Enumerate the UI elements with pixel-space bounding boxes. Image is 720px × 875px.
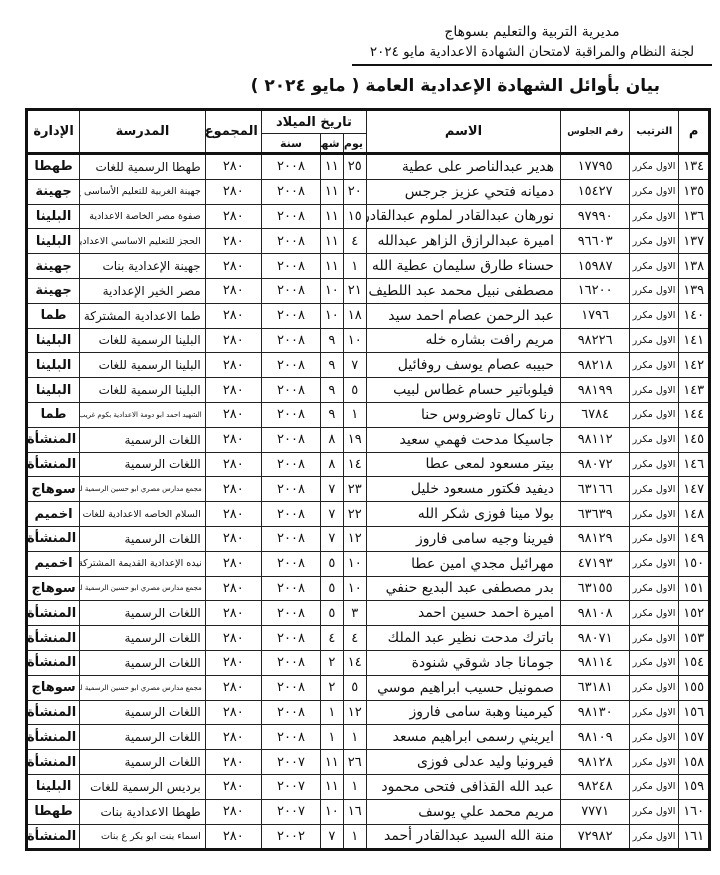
cell-m: ١٥٤ bbox=[679, 650, 710, 675]
cell-year: ٢٠٠٨ bbox=[261, 179, 320, 204]
cell-admin: طما bbox=[27, 303, 80, 328]
cell-total: ٢٨٠ bbox=[205, 452, 261, 477]
cell-name: عبد الله القذافى فتحى محمود bbox=[367, 774, 561, 799]
cell-admin: سوهاج bbox=[27, 675, 80, 700]
cell-name: جاسيكا مدحت فهمي سعيد bbox=[367, 427, 561, 452]
cell-m: ١٤٢ bbox=[679, 353, 710, 378]
cell-total: ٢٨٠ bbox=[205, 601, 261, 626]
cell-rank: الاول مكرر bbox=[630, 601, 679, 626]
cell-name: حسناء طارق سليمان عطية الله bbox=[367, 254, 561, 279]
cell-name: نورهان عبدالقادر لملوم عبدالقادر bbox=[367, 204, 561, 229]
cell-day: ٢٥ bbox=[343, 154, 366, 180]
cell-name: مصطفى نبيل محمد عبد اللطيف bbox=[367, 278, 561, 303]
cell-rank: الاول مكرر bbox=[630, 650, 679, 675]
table-row: ١٤٩الاول مكرر٩٨١٢٩فيرينا وجيه سامى فاروز… bbox=[27, 526, 710, 551]
cell-total: ٢٨٠ bbox=[205, 328, 261, 353]
cell-day: ١٠ bbox=[343, 551, 366, 576]
cell-name: بيتر مسعود لمعى عطا bbox=[367, 452, 561, 477]
cell-rank: الاول مكرر bbox=[630, 626, 679, 651]
cell-admin: المنشأة bbox=[27, 427, 80, 452]
cell-rank: الاول مكرر bbox=[630, 774, 679, 799]
cell-month: ١٠ bbox=[321, 303, 343, 328]
cell-rank: الاول مكرر bbox=[630, 551, 679, 576]
table-row: ١٣٥الاول مكرر١٥٤٢٧دميانه فتحي عزيز جرجس٢… bbox=[27, 179, 710, 204]
cell-m: ١٤٩ bbox=[679, 526, 710, 551]
cell-rank: الاول مكرر bbox=[630, 725, 679, 750]
cell-name: حبيبه عصام يوسف روفائيل bbox=[367, 353, 561, 378]
cell-admin: المنشأة bbox=[27, 750, 80, 775]
cell-admin: المنشأة bbox=[27, 700, 80, 725]
cell-seat: ٩٨١١٤ bbox=[560, 650, 629, 675]
cell-m: ١٣٤ bbox=[679, 154, 710, 180]
cell-year: ٢٠٠٨ bbox=[261, 626, 320, 651]
cell-seat: ٩٨٢٢٦ bbox=[560, 328, 629, 353]
cell-total: ٢٨٠ bbox=[205, 154, 261, 180]
cell-total: ٢٨٠ bbox=[205, 824, 261, 850]
cell-name: اميرة احمد حسين احمد bbox=[367, 601, 561, 626]
cell-year: ٢٠٠٨ bbox=[261, 154, 320, 180]
table-row: ١٣٩الاول مكرر١٦٢٠٠مصطفى نبيل محمد عبد ال… bbox=[27, 278, 710, 303]
cell-rank: الاول مكرر bbox=[630, 229, 679, 254]
cell-name: باترك مدحت نظير عبد الملك bbox=[367, 626, 561, 651]
cell-name: منة الله السيد عبدالقادر أحمد bbox=[367, 824, 561, 850]
cell-rank: الاول مكرر bbox=[630, 799, 679, 824]
cell-m: ١٤٣ bbox=[679, 378, 710, 403]
cell-year: ٢٠٠٨ bbox=[261, 278, 320, 303]
table-row: ١٤٧الاول مكرر٦٣١٦٦ديفيد فكتور مسعود خليل… bbox=[27, 477, 710, 502]
table-row: ١٥٤الاول مكرر٩٨١١٤جومانا جاد شوقي شنودة١… bbox=[27, 650, 710, 675]
table-row: ١٣٨الاول مكرر١٥٩٨٧حسناء طارق سليمان عطية… bbox=[27, 254, 710, 279]
cell-m: ١٥٠ bbox=[679, 551, 710, 576]
cell-admin: طما bbox=[27, 402, 80, 427]
cell-school: اللغات الرسمية bbox=[80, 650, 206, 675]
cell-day: ١ bbox=[343, 824, 366, 850]
cell-month: ٩ bbox=[321, 353, 343, 378]
col-header-birthdate: تاريخ الميلاد bbox=[261, 110, 366, 134]
cell-total: ٢٨٠ bbox=[205, 204, 261, 229]
cell-year: ٢٠٠٢ bbox=[261, 824, 320, 850]
cell-m: ١٤٨ bbox=[679, 502, 710, 527]
cell-admin: اخميم bbox=[27, 502, 80, 527]
cell-month: ٧ bbox=[321, 477, 343, 502]
cell-day: ٤ bbox=[343, 626, 366, 651]
cell-school: اللغات الرسمية bbox=[80, 601, 206, 626]
table-row: ١٣٦الاول مكرر٩٧٩٩٠نورهان عبدالقادر لملوم… bbox=[27, 204, 710, 229]
cell-m: ١٦٠ bbox=[679, 799, 710, 824]
cell-month: ٩ bbox=[321, 402, 343, 427]
cell-school: جهينة الغربية للتعليم الأساسى ع bbox=[80, 179, 206, 204]
cell-m: ١٣٨ bbox=[679, 254, 710, 279]
cell-total: ٢٨٠ bbox=[205, 700, 261, 725]
cell-school: طما الاعدادية المشتركة bbox=[80, 303, 206, 328]
cell-admin: سوهاج bbox=[27, 576, 80, 601]
col-header-admin: الإدارة bbox=[27, 110, 80, 154]
cell-m: ١٤٤ bbox=[679, 402, 710, 427]
cell-month: ١٠ bbox=[321, 278, 343, 303]
cell-month: ٧ bbox=[321, 526, 343, 551]
cell-m: ١٤٥ bbox=[679, 427, 710, 452]
cell-admin: جهينة bbox=[27, 254, 80, 279]
cell-admin: جهينة bbox=[27, 179, 80, 204]
cell-seat: ٩٨٢١٨ bbox=[560, 353, 629, 378]
cell-name: مهرائيل مجدي امين عطا bbox=[367, 551, 561, 576]
cell-total: ٢٨٠ bbox=[205, 477, 261, 502]
cell-name: مريم محمد علي يوسف bbox=[367, 799, 561, 824]
cell-year: ٢٠٠٨ bbox=[261, 675, 320, 700]
cell-name: صمونيل حسيب ابراهيم موسي bbox=[367, 675, 561, 700]
cell-year: ٢٠٠٨ bbox=[261, 229, 320, 254]
table-row: ١٥٩الاول مكرر٩٨٢٤٨عبد الله القذافى فتحى … bbox=[27, 774, 710, 799]
cell-day: ١٥ bbox=[343, 204, 366, 229]
cell-name: هدير عبدالناصر على عطية bbox=[367, 154, 561, 180]
cell-day: ٢٢ bbox=[343, 502, 366, 527]
cell-year: ٢٠٠٨ bbox=[261, 452, 320, 477]
cell-school: اللغات الرسمية bbox=[80, 700, 206, 725]
cell-day: ١٢ bbox=[343, 526, 366, 551]
cell-school: طهطا الاعدادية بنات bbox=[80, 799, 206, 824]
cell-admin: طهطا bbox=[27, 799, 80, 824]
table-row: ١٤٥الاول مكرر٩٨١١٢جاسيكا مدحت فهمي سعيد١… bbox=[27, 427, 710, 452]
cell-school: مجمع مدارس مصري ابو حسين الرسمية للغات bbox=[80, 675, 206, 700]
cell-total: ٢٨٠ bbox=[205, 353, 261, 378]
cell-month: ٩ bbox=[321, 328, 343, 353]
cell-admin: المنشأة bbox=[27, 650, 80, 675]
top-students-table: م الترتيب رقم الجلوس الاسم تاريخ الميلاد… bbox=[25, 108, 711, 851]
col-header-rank: الترتيب bbox=[630, 110, 679, 154]
cell-admin: البلينا bbox=[27, 229, 80, 254]
cell-day: ١ bbox=[343, 402, 366, 427]
cell-month: ٢ bbox=[321, 650, 343, 675]
table-row: ١٤٢الاول مكرر٩٨٢١٨حبيبه عصام يوسف روفائي… bbox=[27, 353, 710, 378]
cell-year: ٢٠٠٧ bbox=[261, 799, 320, 824]
table-row: ١٤١الاول مكرر٩٨٢٢٦مريم رافت بشاره خله١٠٩… bbox=[27, 328, 710, 353]
cell-m: ١٥٣ bbox=[679, 626, 710, 651]
cell-school: طهطا الرسمية للغات bbox=[80, 154, 206, 180]
cell-month: ٢ bbox=[321, 675, 343, 700]
cell-m: ١٤٦ bbox=[679, 452, 710, 477]
cell-seat: ٦٧٨٤ bbox=[560, 402, 629, 427]
cell-seat: ٩٨١٠٨ bbox=[560, 601, 629, 626]
table-row: ١٤٨الاول مكرر٦٣٦٣٩بولا مينا فوزى شكر الل… bbox=[27, 502, 710, 527]
table-row: ١٤٣الاول مكرر٩٨١٩٩فيلوباتير حسام غطاس لب… bbox=[27, 378, 710, 403]
cell-admin: المنشأة bbox=[27, 626, 80, 651]
cell-year: ٢٠٠٨ bbox=[261, 254, 320, 279]
cell-seat: ٦٣٦٣٩ bbox=[560, 502, 629, 527]
page-title: بيان بأوائل الشهادة الإعدادية العامة ( م… bbox=[251, 76, 660, 96]
cell-rank: الاول مكرر bbox=[630, 278, 679, 303]
cell-m: ١٣٩ bbox=[679, 278, 710, 303]
cell-school: اللغات الرسمية bbox=[80, 750, 206, 775]
cell-school: السلام الخاصه الاعدادية للغات bbox=[80, 502, 206, 527]
cell-rank: الاول مكرر bbox=[630, 526, 679, 551]
col-header-m: م bbox=[679, 110, 710, 154]
cell-rank: الاول مكرر bbox=[630, 204, 679, 229]
cell-month: ١٠ bbox=[321, 799, 343, 824]
cell-year: ٢٠٠٧ bbox=[261, 750, 320, 775]
cell-m: ١٣٥ bbox=[679, 179, 710, 204]
cell-seat: ٩٨١٢٩ bbox=[560, 526, 629, 551]
cell-seat: ٩٨٠٧١ bbox=[560, 626, 629, 651]
cell-month: ٥ bbox=[321, 576, 343, 601]
cell-year: ٢٠٠٨ bbox=[261, 402, 320, 427]
cell-month: ٥ bbox=[321, 601, 343, 626]
cell-rank: الاول مكرر bbox=[630, 427, 679, 452]
cell-rank: الاول مكرر bbox=[630, 402, 679, 427]
cell-m: ١٤٠ bbox=[679, 303, 710, 328]
cell-m: ١٣٦ bbox=[679, 204, 710, 229]
cell-rank: الاول مكرر bbox=[630, 576, 679, 601]
table-row: ١٣٤الاول مكرر١٧٧٩٥هدير عبدالناصر على عطي… bbox=[27, 154, 710, 180]
cell-name: فيرونيا وليد عدلى فوزى bbox=[367, 750, 561, 775]
cell-year: ٢٠٠٨ bbox=[261, 477, 320, 502]
cell-total: ٢٨٠ bbox=[205, 626, 261, 651]
table-row: ١٥٦الاول مكرر٩٨١٣٠كيرمينا وهبة سامى فارو… bbox=[27, 700, 710, 725]
cell-day: ٢٦ bbox=[343, 750, 366, 775]
cell-rank: الاول مكرر bbox=[630, 750, 679, 775]
cell-day: ١٠ bbox=[343, 576, 366, 601]
cell-admin: سوهاج bbox=[27, 477, 80, 502]
cell-rank: الاول مكرر bbox=[630, 179, 679, 204]
cell-seat: ٦٣١٥٥ bbox=[560, 576, 629, 601]
cell-seat: ٩٨١٠٩ bbox=[560, 725, 629, 750]
cell-day: ٥ bbox=[343, 675, 366, 700]
cell-school: اسماء بنت ابو بكر ع بنات bbox=[80, 824, 206, 850]
table-row: ١٣٧الاول مكرر٩٦٦٠٣اميرة عبدالرازق الزاهر… bbox=[27, 229, 710, 254]
cell-year: ٢٠٠٨ bbox=[261, 700, 320, 725]
cell-total: ٢٨٠ bbox=[205, 526, 261, 551]
cell-admin: البلينا bbox=[27, 353, 80, 378]
cell-m: ١٥٦ bbox=[679, 700, 710, 725]
cell-month: ١١ bbox=[321, 750, 343, 775]
cell-admin: البلينا bbox=[27, 328, 80, 353]
cell-total: ٢٨٠ bbox=[205, 675, 261, 700]
cell-year: ٢٠٠٨ bbox=[261, 650, 320, 675]
cell-total: ٢٨٠ bbox=[205, 725, 261, 750]
cell-month: ١١ bbox=[321, 774, 343, 799]
cell-school: الحجز للتعليم الاساسي الاعدادية bbox=[80, 229, 206, 254]
cell-total: ٢٨٠ bbox=[205, 278, 261, 303]
table-row: ١٥٨الاول مكرر٩٨١٢٨فيرونيا وليد عدلى فوزى… bbox=[27, 750, 710, 775]
cell-name: اميرة عبدالرازق الزاهر عبدالله bbox=[367, 229, 561, 254]
cell-school: الشهيد احمد ابو دومة الاعدادية بكوم غريب bbox=[80, 402, 206, 427]
cell-month: ٧ bbox=[321, 502, 343, 527]
col-header-month: شهر bbox=[321, 134, 343, 154]
col-header-seat: رقم الجلوس bbox=[560, 110, 629, 154]
cell-year: ٢٠٠٨ bbox=[261, 378, 320, 403]
cell-admin: البلينا bbox=[27, 774, 80, 799]
cell-total: ٢٨٠ bbox=[205, 378, 261, 403]
cell-month: ١ bbox=[321, 700, 343, 725]
table-row: ١٥٥الاول مكرر٦٣١٨١صمونيل حسيب ابراهيم مو… bbox=[27, 675, 710, 700]
cell-day: ١٦ bbox=[343, 799, 366, 824]
table-row: ١٥٠الاول مكرر٤٧١٩٣مهرائيل مجدي امين عطا١… bbox=[27, 551, 710, 576]
cell-rank: الاول مكرر bbox=[630, 154, 679, 180]
cell-name: بدر مصطفى عبد البديع حنفي bbox=[367, 576, 561, 601]
cell-month: ١١ bbox=[321, 254, 343, 279]
cell-seat: ٩٨٢٤٨ bbox=[560, 774, 629, 799]
cell-total: ٢٨٠ bbox=[205, 402, 261, 427]
cell-name: ايريني رسمى ابراهيم مسعد bbox=[367, 725, 561, 750]
cell-day: ٥ bbox=[343, 378, 366, 403]
cell-school: برديس الرسمية للغات bbox=[80, 774, 206, 799]
cell-seat: ١٦٢٠٠ bbox=[560, 278, 629, 303]
cell-name: عبد الرحمن عصام احمد سيد bbox=[367, 303, 561, 328]
cell-school: مصر الخير الإعدادية bbox=[80, 278, 206, 303]
cell-year: ٢٠٠٧ bbox=[261, 774, 320, 799]
cell-total: ٢٨٠ bbox=[205, 303, 261, 328]
cell-m: ١٥٢ bbox=[679, 601, 710, 626]
cell-year: ٢٠٠٨ bbox=[261, 328, 320, 353]
committee-title: لجنة النظام والمراقبة لامتحان الشهادة ال… bbox=[352, 42, 712, 66]
cell-month: ١١ bbox=[321, 154, 343, 180]
cell-name: دميانه فتحي عزيز جرجس bbox=[367, 179, 561, 204]
cell-rank: الاول مكرر bbox=[630, 824, 679, 850]
cell-m: ١٤١ bbox=[679, 328, 710, 353]
cell-m: ١٥٩ bbox=[679, 774, 710, 799]
cell-school: جهينة الإعدادية بنات bbox=[80, 254, 206, 279]
cell-month: ٨ bbox=[321, 427, 343, 452]
cell-year: ٢٠٠٨ bbox=[261, 576, 320, 601]
cell-year: ٢٠٠٨ bbox=[261, 303, 320, 328]
cell-seat: ٦٣١٦٦ bbox=[560, 477, 629, 502]
cell-school: مجمع مدارس مصري ابو حسين الرسمية للغات bbox=[80, 576, 206, 601]
cell-admin: البلينا bbox=[27, 204, 80, 229]
cell-year: ٢٠٠٨ bbox=[261, 725, 320, 750]
cell-rank: الاول مكرر bbox=[630, 700, 679, 725]
cell-total: ٢٨٠ bbox=[205, 650, 261, 675]
cell-name: كيرمينا وهبة سامى فاروز bbox=[367, 700, 561, 725]
cell-day: ١ bbox=[343, 774, 366, 799]
cell-year: ٢٠٠٨ bbox=[261, 551, 320, 576]
col-header-day: يوم bbox=[343, 134, 366, 154]
cell-seat: ٧٧٧١ bbox=[560, 799, 629, 824]
table-row: ١٤٠الاول مكرر١٧٩٦عبد الرحمن عصام احمد سي… bbox=[27, 303, 710, 328]
cell-m: ١٤٧ bbox=[679, 477, 710, 502]
cell-seat: ٩٨١٩٩ bbox=[560, 378, 629, 403]
cell-rank: الاول مكرر bbox=[630, 502, 679, 527]
col-header-year: سنة bbox=[261, 134, 320, 154]
table-row: ١٦٠الاول مكرر٧٧٧١مريم محمد علي يوسف١٦١٠٢… bbox=[27, 799, 710, 824]
cell-year: ٢٠٠٨ bbox=[261, 601, 320, 626]
cell-rank: الاول مكرر bbox=[630, 675, 679, 700]
cell-day: ١٤ bbox=[343, 650, 366, 675]
cell-month: ٥ bbox=[321, 551, 343, 576]
cell-rank: الاول مكرر bbox=[630, 452, 679, 477]
cell-name: جومانا جاد شوقي شنودة bbox=[367, 650, 561, 675]
cell-day: ٢٠ bbox=[343, 179, 366, 204]
cell-month: ١١ bbox=[321, 204, 343, 229]
directorate-title: مديرية التربية والتعليم بسوهاج bbox=[352, 22, 712, 42]
cell-seat: ٩٨١٢٨ bbox=[560, 750, 629, 775]
cell-year: ٢٠٠٨ bbox=[261, 427, 320, 452]
cell-rank: الاول مكرر bbox=[630, 477, 679, 502]
cell-seat: ٤٧١٩٣ bbox=[560, 551, 629, 576]
cell-total: ٢٨٠ bbox=[205, 427, 261, 452]
cell-m: ١٥٥ bbox=[679, 675, 710, 700]
cell-seat: ٩٨١٣٠ bbox=[560, 700, 629, 725]
cell-school: نيده الإعدادية القديمة المشتركة bbox=[80, 551, 206, 576]
cell-month: ٩ bbox=[321, 378, 343, 403]
cell-day: ٧ bbox=[343, 353, 366, 378]
cell-total: ٢٨٠ bbox=[205, 229, 261, 254]
cell-day: ٤ bbox=[343, 229, 366, 254]
cell-name: بولا مينا فوزى شكر الله bbox=[367, 502, 561, 527]
cell-m: ١٣٧ bbox=[679, 229, 710, 254]
cell-m: ١٥٨ bbox=[679, 750, 710, 775]
cell-year: ٢٠٠٨ bbox=[261, 502, 320, 527]
table-row: ١٥٧الاول مكرر٩٨١٠٩ايريني رسمى ابراهيم مس… bbox=[27, 725, 710, 750]
table-row: ١٦١الاول مكرر٧٢٩٨٢منة الله السيد عبدالقا… bbox=[27, 824, 710, 850]
cell-rank: الاول مكرر bbox=[630, 328, 679, 353]
col-header-school: المدرسة bbox=[80, 110, 206, 154]
cell-total: ٢٨٠ bbox=[205, 179, 261, 204]
cell-rank: الاول مكرر bbox=[630, 254, 679, 279]
cell-day: ١ bbox=[343, 725, 366, 750]
cell-month: ١ bbox=[321, 725, 343, 750]
cell-total: ٢٨٠ bbox=[205, 551, 261, 576]
cell-admin: اخميم bbox=[27, 551, 80, 576]
cell-seat: ١٥٩٨٧ bbox=[560, 254, 629, 279]
col-header-total: المجموع bbox=[205, 110, 261, 154]
cell-month: ٧ bbox=[321, 824, 343, 850]
cell-year: ٢٠٠٨ bbox=[261, 353, 320, 378]
cell-day: ١ bbox=[343, 254, 366, 279]
cell-seat: ١٧٧٩٥ bbox=[560, 154, 629, 180]
cell-school: البلينا الرسمية للغات bbox=[80, 328, 206, 353]
cell-admin: المنشأة bbox=[27, 526, 80, 551]
col-header-name: الاسم bbox=[367, 110, 561, 154]
cell-seat: ٩٨١١٢ bbox=[560, 427, 629, 452]
cell-admin: المنشأة bbox=[27, 824, 80, 850]
cell-school: اللغات الرسمية bbox=[80, 452, 206, 477]
cell-seat: ٩٨٠٧٢ bbox=[560, 452, 629, 477]
cell-day: ١٠ bbox=[343, 328, 366, 353]
cell-admin: المنشأة bbox=[27, 452, 80, 477]
cell-month: ٨ bbox=[321, 452, 343, 477]
cell-admin: المنشأة bbox=[27, 725, 80, 750]
cell-year: ٢٠٠٨ bbox=[261, 526, 320, 551]
cell-day: ١٢ bbox=[343, 700, 366, 725]
cell-total: ٢٨٠ bbox=[205, 774, 261, 799]
cell-seat: ٧٢٩٨٢ bbox=[560, 824, 629, 850]
cell-admin: البلينا bbox=[27, 378, 80, 403]
cell-name: رنا كمال تاوضروس حنا bbox=[367, 402, 561, 427]
document-header: مديرية التربية والتعليم بسوهاج لجنة النظ… bbox=[352, 22, 712, 66]
cell-month: ٤ bbox=[321, 626, 343, 651]
cell-rank: الاول مكرر bbox=[630, 353, 679, 378]
cell-admin: المنشأة bbox=[27, 601, 80, 626]
cell-total: ٢٨٠ bbox=[205, 799, 261, 824]
cell-day: ١٩ bbox=[343, 427, 366, 452]
cell-m: ١٥١ bbox=[679, 576, 710, 601]
cell-seat: ٩٦٦٠٣ bbox=[560, 229, 629, 254]
cell-total: ٢٨٠ bbox=[205, 750, 261, 775]
cell-school: اللغات الرسمية bbox=[80, 626, 206, 651]
table-row: ١٤٦الاول مكرر٩٨٠٧٢بيتر مسعود لمعى عطا١٤٨… bbox=[27, 452, 710, 477]
table-row: ١٥١الاول مكرر٦٣١٥٥بدر مصطفى عبد البديع ح… bbox=[27, 576, 710, 601]
cell-name: فيلوباتير حسام غطاس لبيب bbox=[367, 378, 561, 403]
cell-year: ٢٠٠٨ bbox=[261, 204, 320, 229]
table-row: ١٥٣الاول مكرر٩٨٠٧١باترك مدحت نظير عبد ال… bbox=[27, 626, 710, 651]
cell-name: مريم رافت بشاره خله bbox=[367, 328, 561, 353]
cell-day: ٢١ bbox=[343, 278, 366, 303]
cell-day: ٣ bbox=[343, 601, 366, 626]
cell-total: ٢٨٠ bbox=[205, 576, 261, 601]
cell-seat: ٦٣١٨١ bbox=[560, 675, 629, 700]
cell-day: ٢٣ bbox=[343, 477, 366, 502]
cell-m: ١٥٧ bbox=[679, 725, 710, 750]
cell-day: ١٤ bbox=[343, 452, 366, 477]
